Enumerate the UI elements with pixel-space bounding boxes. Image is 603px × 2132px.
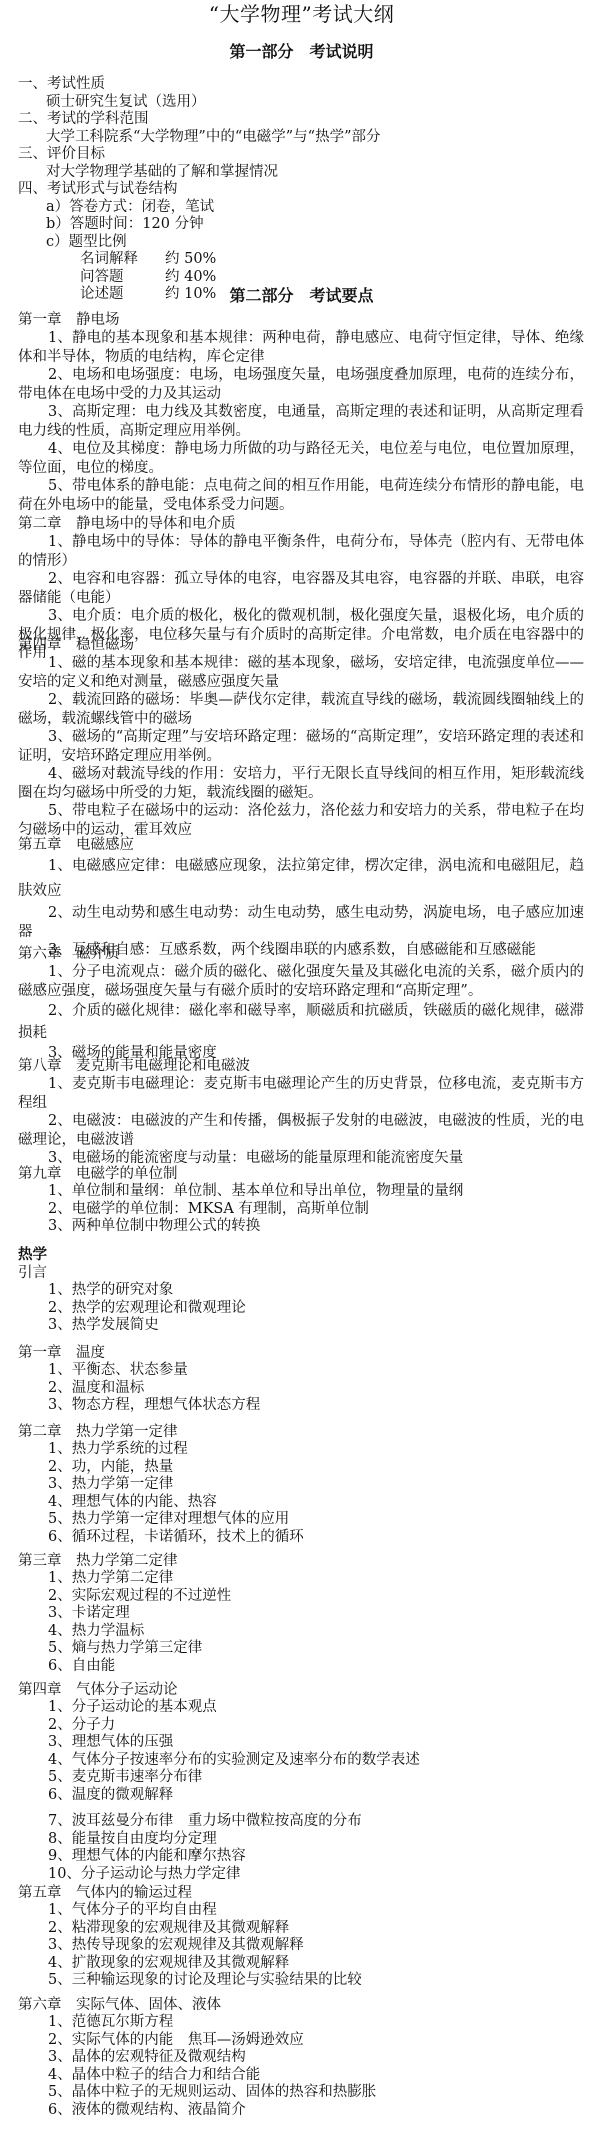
chapter-item: 3、理想气体的压强 <box>18 1734 584 1752</box>
chapter-item: 1、静电的基本现象和基本规律：两种电荷，静电感应、电荷守恒定律，导体、绝缘体和半… <box>18 329 584 366</box>
question-type-row: 问答题 约 40% <box>18 269 584 287</box>
chapter-item: 5、晶体中粒子的无规则运动、固体的热容和热膨胀 <box>18 2084 584 2102</box>
chapter-item: 10、分子运动论与热力学定律 <box>18 1866 584 1884</box>
chapter-item: 2、动生电动势和感生电动势：动生电动势，感生电动势，涡旋电场，电子感应加速器 <box>18 904 584 941</box>
section-heading: 三、评价目标 <box>18 146 584 164</box>
chapter-item: 4、磁场对载流导线的作用：安培力，平行无限长直导线间的相互作用，矩形载流线圈在均… <box>18 765 584 802</box>
chapter-item: 1、麦克斯韦电磁理论：麦克斯韦电磁理论产生的历史背景，位移电流，麦克斯韦方程组 <box>18 1075 584 1112</box>
chapter-item: 2、介质的磁化规律：磁化率和磁导率，顺磁质和抗磁质，铁磁质的磁化规律，磁滞损耗 <box>18 1000 584 1044</box>
chapter-heading: 引言 <box>18 1264 584 1282</box>
chapter-item: 4、热力学温标 <box>18 1623 584 1641</box>
chapter-item: 2、电场和电场强度：电场，电场强度矢量，电场强度叠加原理，电荷的连续分布，带电体… <box>18 366 584 403</box>
chapter-item: 1、热力学系统的过程 <box>18 1441 584 1459</box>
thermo-intro: 热学 引言 1、热学的研究对象 2、热学的宏观理论和微观理论 3、热学发展简史 <box>18 1246 584 1335</box>
chapter-item: 1、电磁感应定律：电磁感应现象，法拉第定律，楞次定律，涡电流和电磁阻尼，趋肤效应 <box>18 854 584 904</box>
chapter-heading: 第三章 热力学第二定律 <box>18 1552 584 1570</box>
em-chapter-5: 第五章 电磁感应 1、电磁感应定律：电磁感应现象，法拉第定律，楞次定律，涡电流和… <box>18 836 584 960</box>
chapter-item: 2、电磁学的单位制：MKSA 有理制，高斯单位制 <box>18 1201 584 1219</box>
section-heading: 二、考试的学科范围 <box>18 111 584 129</box>
chapter-heading: 第九章 电磁学的单位制 <box>18 1165 584 1183</box>
section-heading: 一、考试性质 <box>18 76 584 94</box>
chapter-item: 2、载流回路的磁场：毕奥—萨伐尔定律，载流直导线的磁场，载流圆线圈轴线上的磁场，… <box>18 691 584 728</box>
chapter-heading: 第六章 实际气体、固体、液体 <box>18 1996 584 2014</box>
section-heading: 四、考试形式与试卷结构 <box>18 181 584 199</box>
chapter-item: 4、理想气体的内能、热容 <box>18 1494 584 1512</box>
thermo-chapter-1: 第一章 温度 1、平衡态、状态参量 2、温度和温标 3、物态方程，理想气体状态方… <box>18 1344 584 1415</box>
chapter-item: 2、分子力 <box>18 1717 584 1735</box>
chapter-heading: 第五章 电磁感应 <box>18 836 584 854</box>
exam-form-item: c）题型比例 <box>18 234 584 252</box>
exam-form-item: a）答卷方式：闭卷，笔试 <box>18 199 584 217</box>
chapter-item: 5、三种输运现象的讨论及理论与实验结果的比较 <box>18 1972 584 1990</box>
chapter-item: 5、热力学第一定律对理想气体的应用 <box>18 1511 584 1529</box>
chapter-item: 5、带电体系的静电能：点电荷之间的相互作用能，电荷连续分布情形的静电能，电荷在外… <box>18 477 584 514</box>
chapter-item: 4、扩散现象的宏观规律及其微观解释 <box>18 1955 584 1973</box>
em-chapter-9: 第九章 电磁学的单位制 1、单位制和量纲：单位制、基本单位和导出单位，物理量的量… <box>18 1165 584 1236</box>
spacer <box>18 1804 584 1813</box>
chapter-item: 4、电位及其梯度：静电场力所做的功与路径无关，电位差与电位，电位置加原理，等位面… <box>18 440 584 477</box>
em-chapter-8: 第八章 麦克斯韦电磁理论和电磁波 1、麦克斯韦电磁理论：麦克斯韦电磁理论产生的历… <box>18 1057 584 1168</box>
chapter-item: 6、温度的微观解释 <box>18 1787 584 1805</box>
chapter-item: 1、分子运动论的基本观点 <box>18 1699 584 1717</box>
thermo-chapter-4: 第四章 气体分子运动论 1、分子运动论的基本观点 2、分子力 3、理想气体的压强… <box>18 1681 584 1883</box>
chapter-item: 2、电磁波：电磁波的产生和传播，偶极振子发射的电磁波，电磁波的性质，光的电磁理论… <box>18 1112 584 1149</box>
chapter-item: 8、能量按自由度均分定理 <box>18 1831 584 1849</box>
chapter-item: 1、分子电流观点：磁介质的磁化、磁化强度矢量及其磁化电流的关系，磁介质内的磁感应… <box>18 963 584 1000</box>
thermo-chapter-2: 第二章 热力学第一定律 1、热力学系统的过程 2、功，内能，热量 3、热力学第一… <box>18 1423 584 1546</box>
chapter-item: 3、晶体的宏观特征及微观结构 <box>18 2049 584 2067</box>
question-type-name: 名词解释 <box>80 251 138 267</box>
chapter-item: 3、卡诺定理 <box>18 1605 584 1623</box>
chapter-item: 9、理想气体的内能和摩尔热容 <box>18 1848 584 1866</box>
chapter-heading: 第二章 静电场中的导体和电介质 <box>18 515 584 533</box>
thermo-chapter-6: 第六章 实际气体、固体、液体 1、范德瓦尔斯方程 2、实际气体的内能 焦耳—汤姆… <box>18 1996 584 2119</box>
chapter-item: 6、液体的微观结构、液晶简介 <box>18 2102 584 2120</box>
part2-title: 第二部分 考试要点 <box>0 286 603 306</box>
question-type-ratio: 约 40% <box>165 269 216 287</box>
chapter-item: 6、循环过程，卡诺循环，技术上的循环 <box>18 1529 584 1547</box>
chapter-item: 3、两种单位制中物理公式的转换 <box>18 1218 584 1236</box>
section-body: 对大学物理学基础的了解和掌握情况 <box>18 164 584 182</box>
chapter-item: 4、晶体中粒子的结合力和结合能 <box>18 2067 584 2085</box>
chapter-item: 2、电容和电容器：孤立导体的电容，电容器及其电容，电容器的并联、串联，电容器储能… <box>18 570 584 607</box>
chapter-item: 3、热学发展简史 <box>18 1317 584 1335</box>
thermo-heading: 热学 <box>18 1246 584 1264</box>
chapter-item: 3、热力学第一定律 <box>18 1476 584 1494</box>
chapter-item: 1、范德瓦尔斯方程 <box>18 2014 584 2032</box>
thermo-chapter-3: 第三章 热力学第二定律 1、热力学第二定律 2、实际宏观过程的不过逆性 3、卡诺… <box>18 1552 584 1675</box>
question-type-ratio: 约 50% <box>165 251 216 269</box>
em-chapter-6: 第六章 磁介质 1、分子电流观点：磁介质的磁化、磁化强度矢量及其磁化电流的关系，… <box>18 945 584 1063</box>
chapter-item: 5、麦克斯韦速率分布律 <box>18 1769 584 1787</box>
question-type-row: 名词解释 约 50% <box>18 251 584 269</box>
chapter-item: 4、气体分子按速率分布的实验测定及速率分布的数学表述 <box>18 1752 584 1770</box>
chapter-item: 3、热传导现象的宏观规律及其微观解释 <box>18 1937 584 1955</box>
chapter-item: 1、热学的研究对象 <box>18 1282 584 1300</box>
chapter-item: 1、平衡态、状态参量 <box>18 1362 584 1380</box>
chapter-item: 5、带电粒子在磁场中的运动：洛伦兹力，洛伦兹力和安培力的关系，带电粒子在均匀磁场… <box>18 802 584 839</box>
chapter-heading: 第四章 气体分子运动论 <box>18 1681 584 1699</box>
chapter-item: 2、实际宏观过程的不过逆性 <box>18 1588 584 1606</box>
exam-form-item: b）答题时间：120 分钟 <box>18 216 584 234</box>
chapter-item: 2、热学的宏观理论和微观理论 <box>18 1300 584 1318</box>
chapter-item: 5、熵与热力学第三定律 <box>18 1640 584 1658</box>
chapter-heading: 第六章 磁介质 <box>18 945 584 963</box>
chapter-heading: 第五章 气体内的输运过程 <box>18 1884 584 1902</box>
part1-title: 第一部分 考试说明 <box>0 42 603 62</box>
chapter-heading: 第四章 稳恒磁场 <box>18 636 584 654</box>
chapter-item: 1、单位制和量纲：单位制、基本单位和导出单位，物理量的量纲 <box>18 1183 584 1201</box>
question-type-name: 问答题 <box>80 269 124 285</box>
chapter-heading: 第二章 热力学第一定律 <box>18 1423 584 1441</box>
chapter-heading: 第一章 静电场 <box>18 311 584 329</box>
chapter-item: 2、功，内能，热量 <box>18 1459 584 1477</box>
chapter-item: 1、磁的基本现象和基本规律：磁的基本现象，磁场，安培定律，电流强度单位——安培的… <box>18 654 584 691</box>
chapter-item: 3、磁场的“高斯定理”与安培环路定理：磁场的“高斯定理”，安培环路定理的表述和证… <box>18 728 584 765</box>
chapter-item: 1、静电场中的导体：导体的静电平衡条件，电荷分布，导体壳（腔内有、无带电体的情形… <box>18 533 584 570</box>
chapter-item: 1、气体分子的平均自由程 <box>18 1902 584 1920</box>
chapter-item: 2、粘滞现象的宏观规律及其微观解释 <box>18 1920 584 1938</box>
chapter-item: 2、实际气体的内能 焦耳—汤姆逊效应 <box>18 2032 584 2050</box>
chapter-item: 7、波耳兹曼分布律 重力场中微粒按高度的分布 <box>18 1813 584 1831</box>
chapter-item: 2、温度和温标 <box>18 1380 584 1398</box>
chapter-item: 6、自由能 <box>18 1658 584 1676</box>
chapter-heading: 第一章 温度 <box>18 1344 584 1362</box>
chapter-item: 3、物态方程，理想气体状态方程 <box>18 1397 584 1415</box>
chapter-heading: 第八章 麦克斯韦电磁理论和电磁波 <box>18 1057 584 1075</box>
em-chapter-1: 第一章 静电场 1、静电的基本现象和基本规律：两种电荷，静电感应、电荷守恒定律，… <box>18 311 584 514</box>
part1-content: 一、考试性质 硕士研究生复试（选用） 二、考试的学科范围 大学工科院系“大学物理… <box>18 76 584 304</box>
chapter-item: 1、热力学第二定律 <box>18 1570 584 1588</box>
document-title: “大学物理”考试大纲 <box>0 2 603 26</box>
em-chapter-4: 第四章 稳恒磁场 1、磁的基本现象和基本规律：磁的基本现象，磁场，安培定律，电流… <box>18 636 584 839</box>
thermo-chapter-5: 第五章 气体内的输运过程 1、气体分子的平均自由程 2、粘滞现象的宏观规律及其微… <box>18 1884 584 1990</box>
section-body: 硕士研究生复试（选用） <box>18 94 584 112</box>
section-body: 大学工科院系“大学物理”中的“电磁学”与“热学”部分 <box>18 129 584 147</box>
chapter-item: 3、高斯定理：电力线及其数密度，电通量，高斯定理的表述和证明，从高斯定理看电力线… <box>18 403 584 440</box>
